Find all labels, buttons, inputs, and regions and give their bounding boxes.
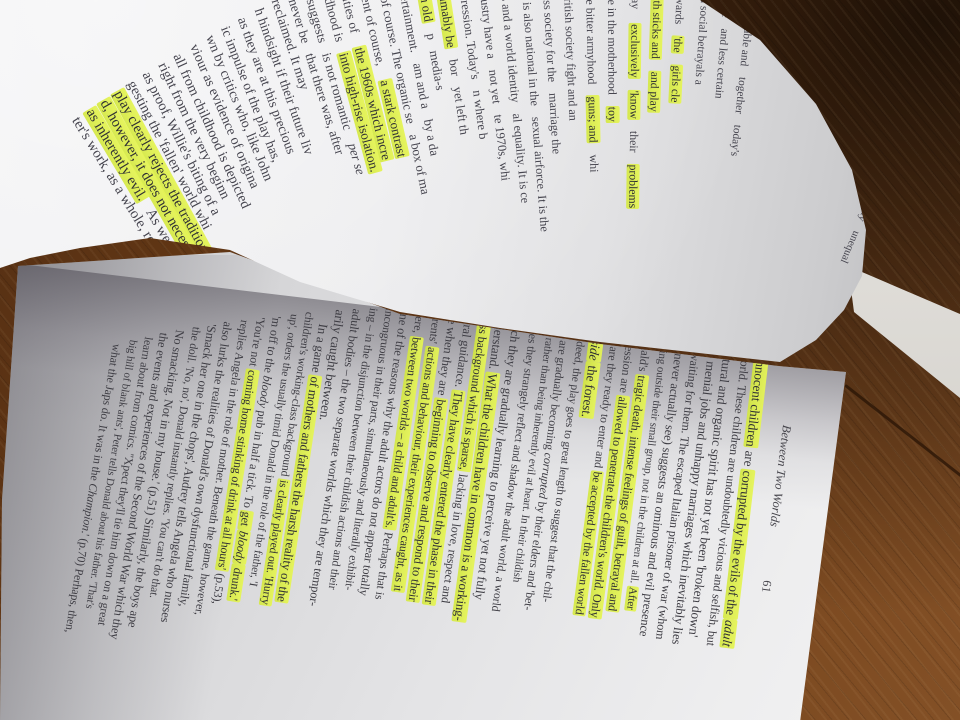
text-segment: It is also national in the bbox=[519, 0, 542, 106]
text-segment: together bbox=[733, 76, 749, 114]
text-segment: their bbox=[626, 130, 639, 152]
highlighted-text: problems bbox=[626, 163, 640, 209]
curl-text-line: with sticks andand play bbox=[647, 0, 664, 113]
text-segment: unequal bbox=[838, 229, 862, 265]
text-segment: British society fight and an bbox=[561, 0, 580, 121]
text-segment: play bbox=[628, 0, 641, 12]
text-segment: are bbox=[741, 447, 759, 471]
curl-text-line: British society fight and an bbox=[560, 0, 580, 121]
highlighted-text: girls cle bbox=[669, 64, 684, 104]
curl-text-line: life in the motherhoodtoy bbox=[604, 0, 620, 123]
highlighted-text: umably be bbox=[437, 0, 459, 49]
text-segment: life in the motherhood bbox=[605, 0, 620, 95]
curl-text-line: the bitter armyhoodguns; andwhi bbox=[582, 0, 601, 172]
highlighted-text: 'know bbox=[627, 89, 640, 119]
text-segment: bor bbox=[447, 58, 463, 77]
page-number: 61 bbox=[759, 579, 774, 593]
curl-text-line: play exclusively'knowtheirproblems bbox=[625, 0, 642, 209]
curl-text-line: and social betrayals a bbox=[692, 0, 711, 85]
highlighted-text: get bbox=[237, 509, 254, 530]
text-segment: today's bbox=[728, 124, 743, 157]
text-segment: n where b bbox=[470, 89, 490, 140]
text-segment: not yet bbox=[486, 69, 504, 105]
highlighted-text: After bbox=[624, 585, 639, 611]
text-segment: and social betrayals a bbox=[692, 0, 711, 85]
text-segment: whi bbox=[587, 154, 601, 172]
text-segment: and less certain bbox=[712, 28, 730, 99]
book-photo-scene: Between Two Worlds61 innocent children a… bbox=[0, 0, 960, 720]
highlighted-text: and play bbox=[647, 71, 661, 113]
text-segment: marriage the bbox=[546, 92, 564, 154]
highlighted-text: guns; and bbox=[586, 95, 601, 143]
text-segment: dustry have a bbox=[477, 0, 499, 59]
highlighted-text: 'the bbox=[671, 34, 685, 53]
highlighted-text: toy bbox=[606, 106, 620, 123]
text-segment: towards bbox=[672, 0, 687, 24]
text-segment: p bbox=[423, 32, 438, 41]
curl-text-line: towards'thegirls cle bbox=[669, 0, 688, 103]
text-segment: lass society for the bbox=[540, 0, 559, 82]
highlighted-text: exclusively bbox=[627, 23, 641, 79]
highlighted-text: n old bbox=[417, 0, 436, 23]
highlighted-text: adult bbox=[719, 618, 737, 648]
text-segment: the bitter armyhood bbox=[583, 0, 599, 84]
highlighted-text: with sticks and bbox=[649, 0, 664, 60]
